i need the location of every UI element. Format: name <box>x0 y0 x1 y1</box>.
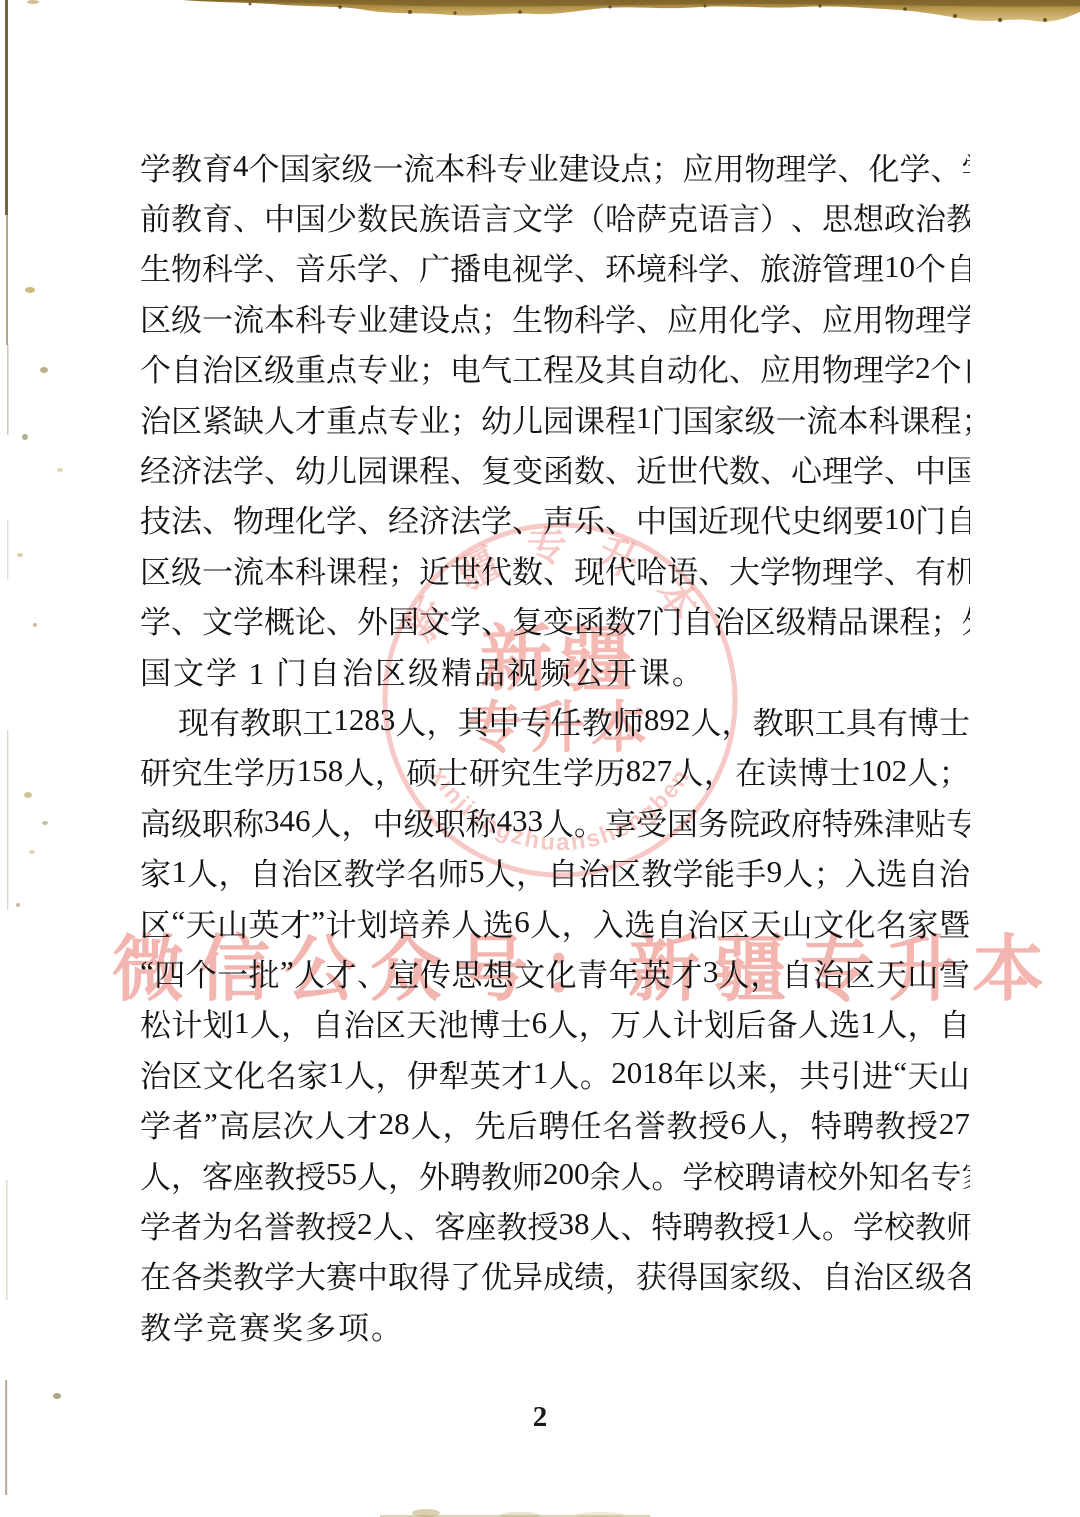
text-line: 学者”高层次人才28人，先后聘任名誉教授6人，特聘教授27 <box>140 1098 970 1148</box>
text-line: 人，客座教授55人，外聘教师200余人。学校聘请校外知名专家 <box>140 1149 970 1199</box>
text-line: 高级职称346人，中级职称433人。享受国务院政府特殊津贴专 <box>140 796 970 846</box>
text-line: 区“天山英才”计划培养人选6人，入选自治区天山文化名家暨 <box>140 897 970 947</box>
text-line: 区级一流本科课程；近世代数、现代哈语、大学物理学、有机化 <box>140 544 970 594</box>
text-line: 前教育、中国少数民族语言文学（哈萨克语言）、思想政治教育、 <box>140 191 970 241</box>
text-line: 区级一流本科专业建设点；生物科学、应用化学、应用物理学3 <box>140 292 970 342</box>
text-line: “四个一批”人才、宣传思想文化青年英才3人，自治区天山雪 <box>140 947 970 997</box>
left-scan-edge <box>5 0 9 1495</box>
text-line: 在各类教学大赛中取得了优异成绩，获得国家级、自治区级各类 <box>140 1250 970 1300</box>
torn-top-edge <box>183 0 1080 22</box>
text-line: 治区紧缺人才重点专业；幼儿园课程1门国家级一流本科课程； <box>140 393 970 443</box>
text-line: 学、文学概论、外国文学、复变函数7门自治区级精品课程；外 <box>140 595 970 645</box>
text-line: 治区文化名家1人，伊犁英才1人。2018年以来，共引进“天山 <box>140 1048 970 1098</box>
text-line: 技法、物理化学、经济法学、声乐、中国近现代史纲要10门自治 <box>140 494 970 544</box>
text-line: 现有教职工1283人，其中专任教师892人，教职工具有博士 <box>140 695 970 745</box>
text-line: 经济法学、幼儿园课程、复变函数、近世代数、心理学、中国画 <box>140 443 970 493</box>
text-line: 家1人，自治区教学名师5人，自治区教学能手9人；入选自治 <box>140 846 970 896</box>
text-line: 学教育4个国家级一流本科专业建设点；应用物理学、化学、学 <box>140 141 970 191</box>
scanned-document-page: { "page": { "number": "2" }, "document":… <box>0 0 1080 1517</box>
text-line: 生物科学、音乐学、广播电视学、环境科学、旅游管理10个自治 <box>140 242 970 292</box>
text-line: 松计划1人，自治区天池博士6人，万人计划后备人选1人，自 <box>140 998 970 1048</box>
bottom-edge-smudges <box>380 1509 650 1517</box>
document-text-block: 学教育4个国家级一流本科专业建设点；应用物理学、化学、学前教育、中国少数民族语言… <box>140 141 970 1350</box>
text-line: 国文学 1 门自治区级精品视频公开课。 <box>140 645 970 695</box>
page-number: 2 <box>0 1401 1080 1434</box>
text-line: 个自治区级重点专业；电气工程及其自动化、应用物理学2个自 <box>140 343 970 393</box>
text-line: 教学竞赛奖多项。 <box>140 1300 970 1350</box>
text-line: 学者为名誉教授2人、客座教授38人、特聘教授1人。学校教师 <box>140 1199 970 1249</box>
text-line: 研究生学历158人，硕士研究生学历827人，在读博士102人； <box>140 746 970 796</box>
left-margin-stains <box>16 287 63 1399</box>
top-edge-specks <box>249 3 1048 23</box>
